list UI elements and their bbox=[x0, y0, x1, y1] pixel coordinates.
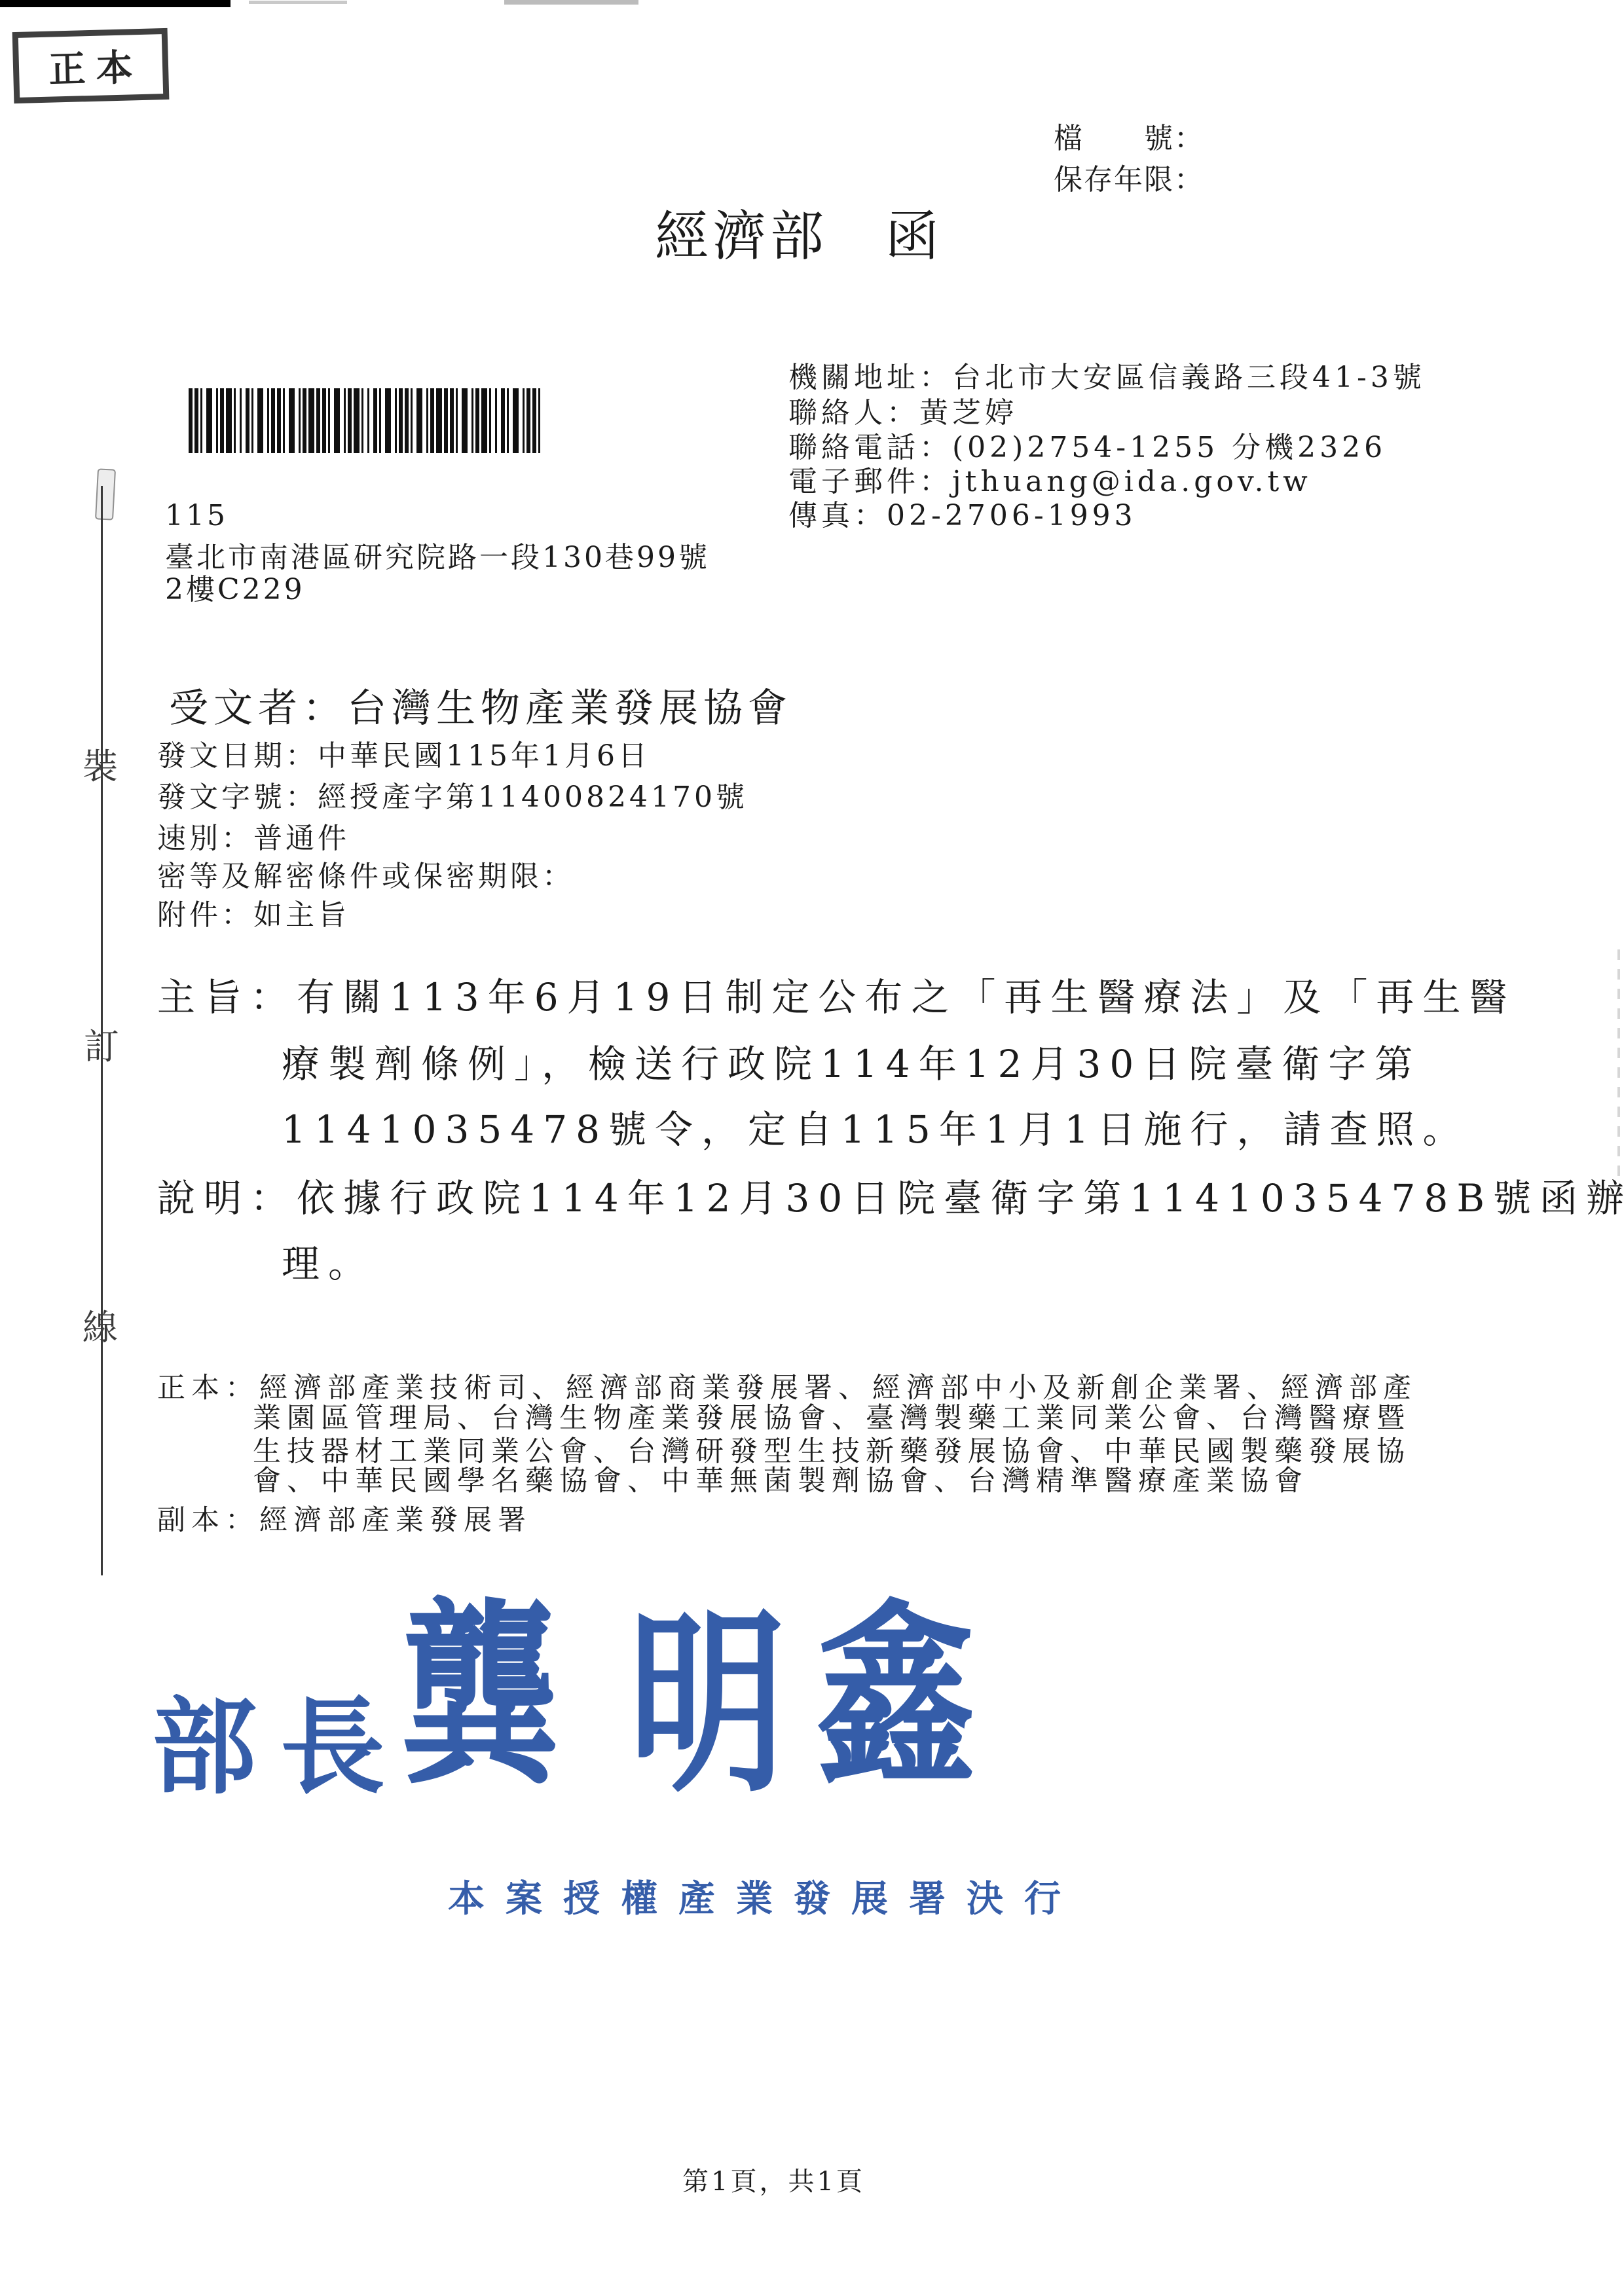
subject-line-1: 主旨：有關113年6月19日制定公布之「再生醫療法」及「再生醫 bbox=[157, 966, 1515, 1021]
meta-doc-number: 發文字號：經授產字第11400824170號 bbox=[157, 773, 748, 815]
file-number-label: 檔 號： bbox=[1054, 115, 1204, 156]
meta-issue-date: 發文日期：中華民國115年1月6日 bbox=[157, 732, 650, 774]
contact-fax: 傳真：02-2706-1993 bbox=[788, 492, 1137, 534]
page-number-footer: 第1頁，共1頁 bbox=[682, 2161, 865, 2198]
scan-artifact-top-1 bbox=[249, 1, 347, 4]
copy-type-stamp-box: 正本 bbox=[12, 28, 170, 103]
recipient-zip: 115 bbox=[165, 499, 228, 532]
meta-security: 密等及解密條件或保密期限： bbox=[157, 853, 574, 894]
subject-line-2: 療製劑條例」，檢送行政院114年12月30日院臺衛字第 bbox=[282, 1033, 1421, 1088]
minister-title-stamp: 部長 bbox=[152, 1663, 409, 1814]
barcode bbox=[189, 388, 541, 453]
scan-artifact-top-2 bbox=[504, 0, 638, 5]
minister-signature-char-3: 鑫 bbox=[817, 1598, 974, 1794]
binding-char-ding: 訂 bbox=[84, 1019, 119, 1069]
explanation-line-2: 理。 bbox=[282, 1233, 375, 1288]
scan-artifact-right-edge bbox=[1617, 949, 1620, 1198]
document-title: 經濟部 函 bbox=[655, 194, 943, 270]
authorization-note-stamp: 本案授權產業發展署決行 bbox=[448, 1870, 1082, 1922]
document-page: 正本 檔 號： 保存年限： 經濟部 函 115 臺北市南港區研究院路一段130巷… bbox=[0, 0, 1624, 2295]
meta-attachment: 附件：如主旨 bbox=[157, 891, 350, 933]
minister-signature-char-1: 龔 bbox=[401, 1598, 558, 1794]
binding-char-xian: 線 bbox=[83, 1300, 118, 1350]
binding-char-zhuang: 裝 bbox=[83, 739, 118, 789]
recipient-line: 受文者：台灣生物產業發展協會 bbox=[169, 677, 792, 733]
minister-signature-char-2: 明 bbox=[629, 1606, 786, 1802]
binding-tab-mark bbox=[95, 468, 116, 520]
subject-line-3: 1141035478號令，定自115年1月1日施行，請查照。 bbox=[282, 1099, 1469, 1154]
meta-speed: 速別：普通件 bbox=[157, 815, 350, 856]
explanation-line-1: 說明：依據行政院114年12月30日院臺衛字第1141035478B號函辦 bbox=[157, 1167, 1624, 1222]
retention-period-label: 保存年限： bbox=[1054, 156, 1204, 198]
copies-line-4: 會、中華民國學名藥協會、中華無菌製劑協會、台灣精準醫療產業協會 bbox=[253, 1459, 1308, 1499]
recipient-address-line2: 2樓C229 bbox=[165, 566, 305, 608]
scan-artifact-top-left bbox=[0, 0, 231, 7]
cc-line: 副本：經濟部產業發展署 bbox=[157, 1498, 532, 1538]
copy-type-stamp-label: 正本 bbox=[48, 38, 143, 93]
